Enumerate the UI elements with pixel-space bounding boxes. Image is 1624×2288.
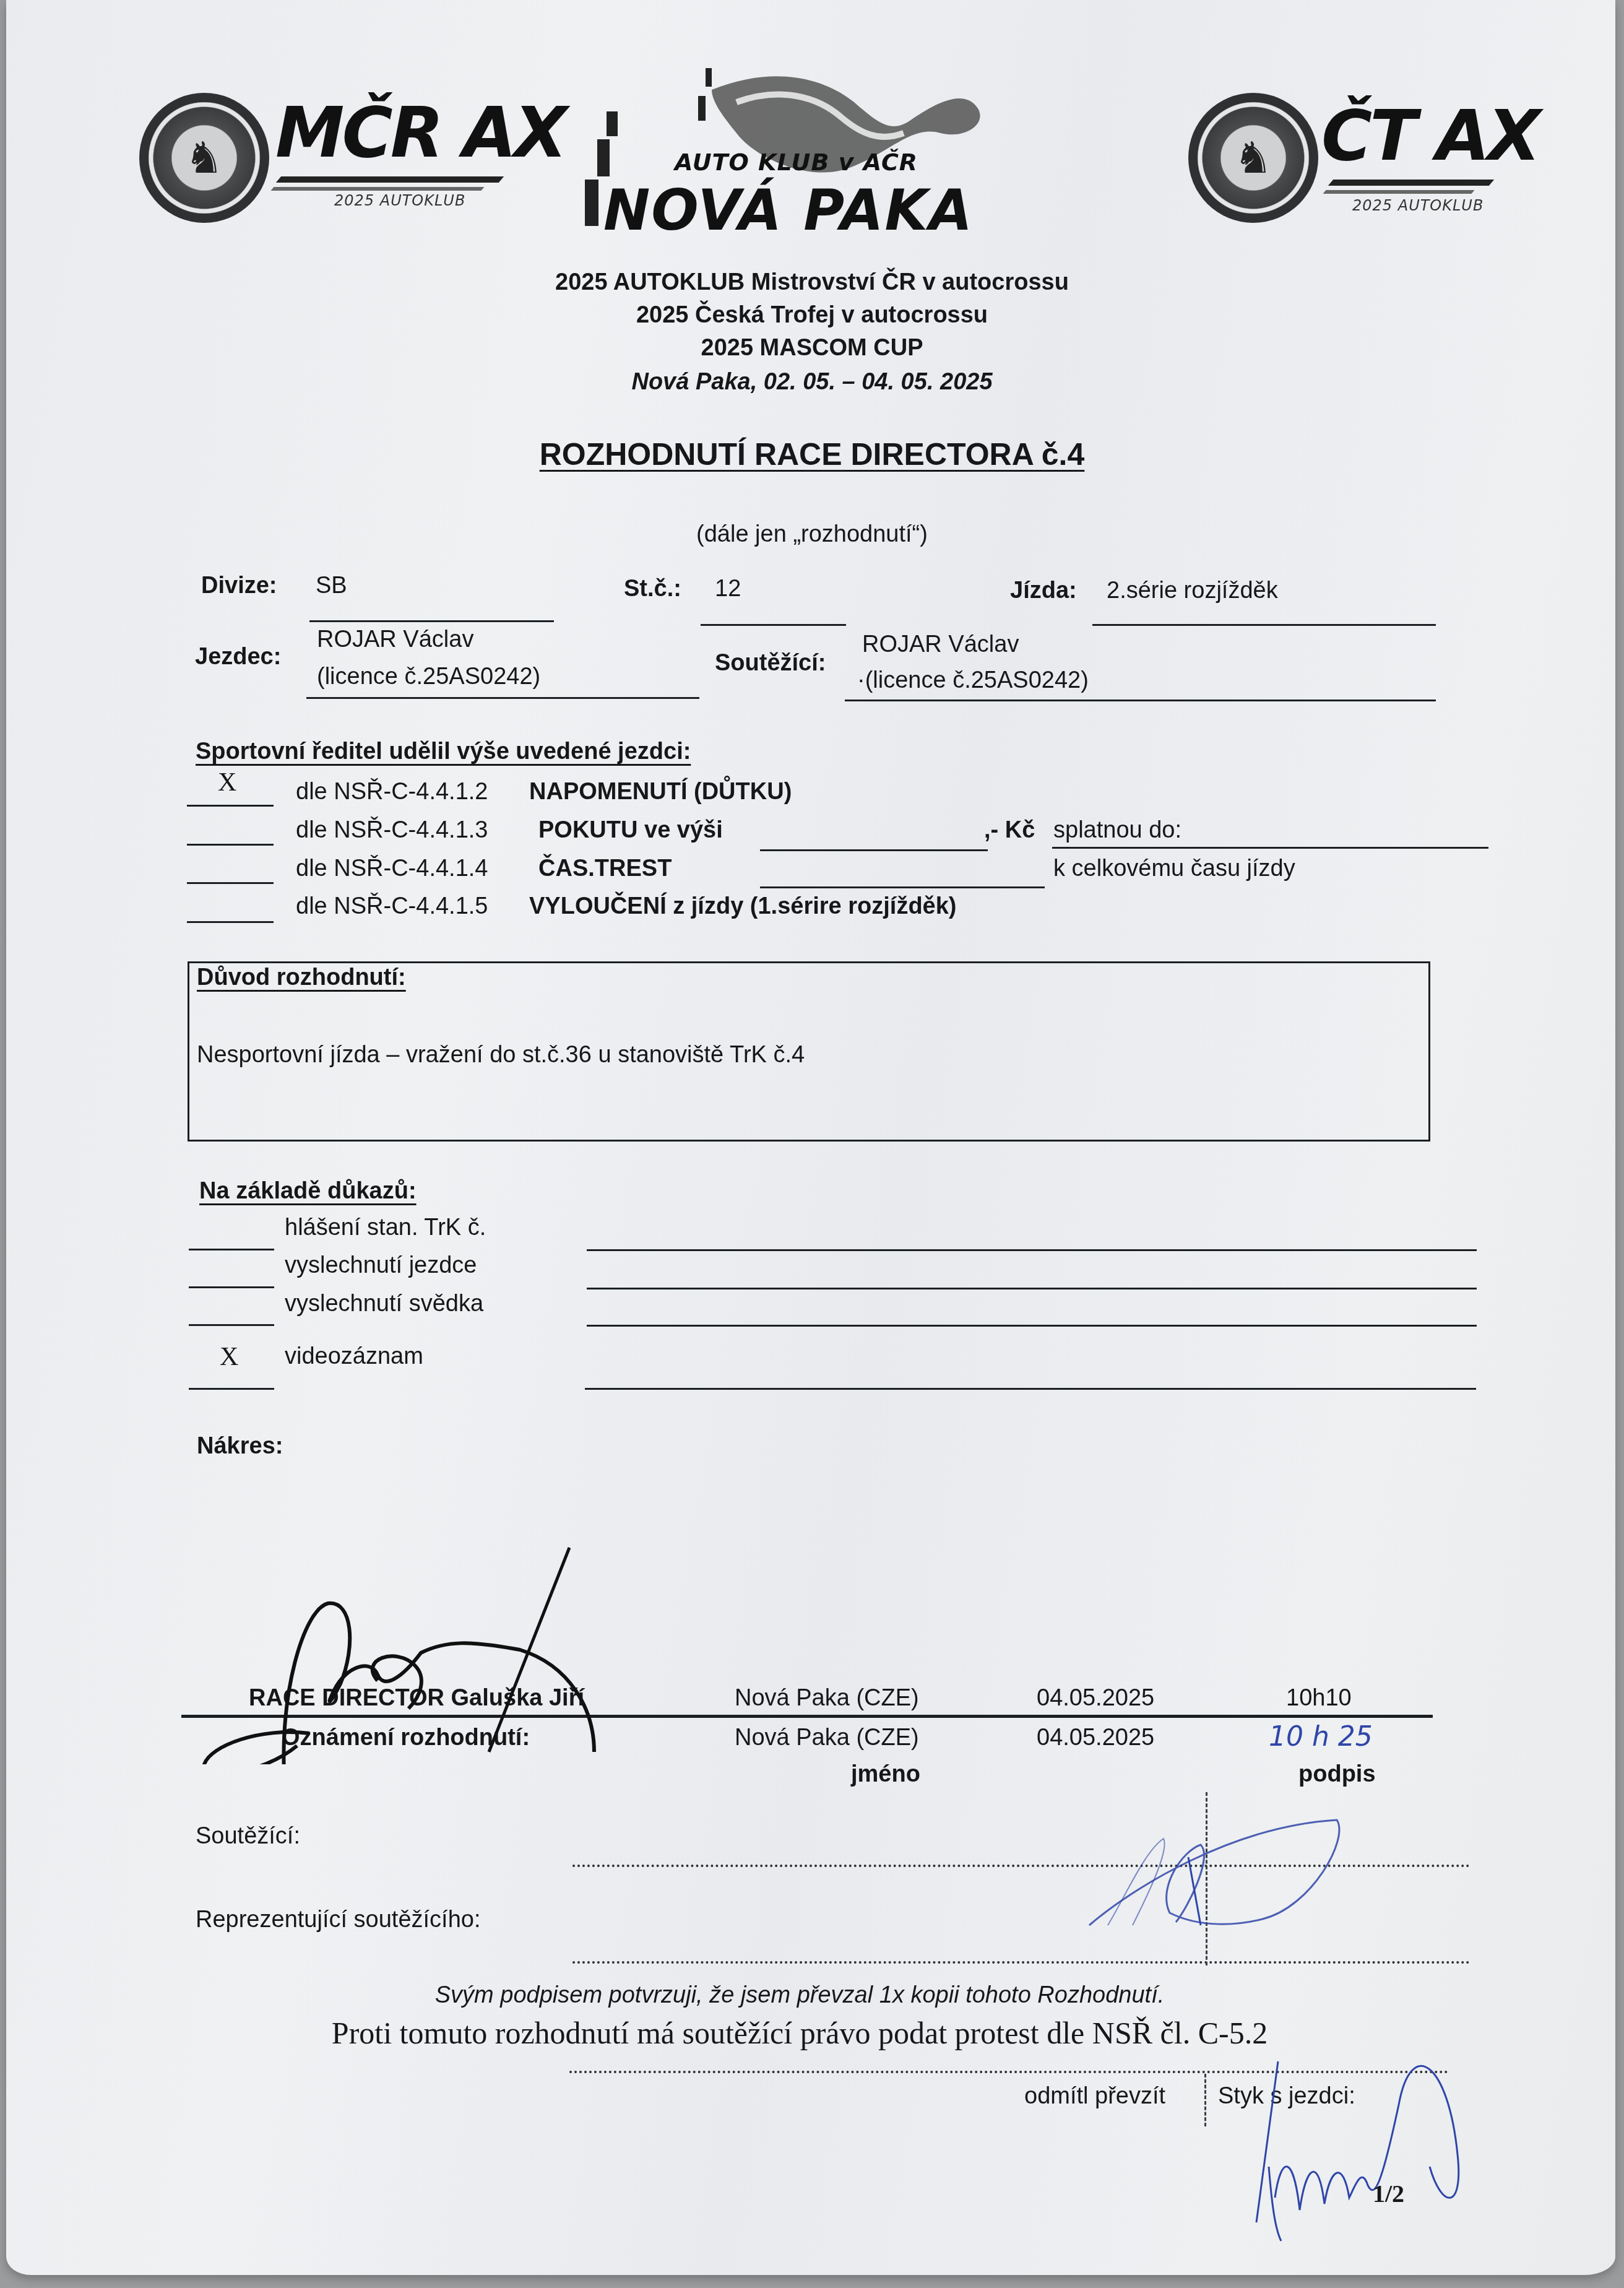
checkbox-underline	[189, 1324, 274, 1326]
header-location-dates: Nová Paka, 02. 05. – 04. 05. 2025	[0, 369, 1624, 396]
race-director-time: 10h10	[1286, 1685, 1352, 1712]
checkbox-underline	[187, 805, 274, 807]
reason-heading: Důvod rozhodnutí:	[197, 964, 406, 991]
competitor-label: Soutěžící:	[715, 650, 826, 677]
refused-label[interactable]: odmítl převzít	[1024, 2083, 1165, 2110]
divize-label: Divize:	[201, 573, 277, 599]
logo-swoosh	[1328, 180, 1494, 186]
time-penalty-field[interactable]	[760, 886, 1045, 888]
race-director-date: 04.05.2025	[1037, 1685, 1154, 1712]
heat-underline	[1092, 624, 1436, 626]
checkbox-underline	[187, 882, 274, 884]
competitor-underline	[845, 700, 1436, 701]
driver-underline	[306, 697, 699, 699]
evidence-label: vyslechnutí jezdce	[285, 1252, 477, 1279]
fine-due-label: splatnou do:	[1053, 817, 1181, 844]
driver-label: Jezdec:	[195, 644, 281, 670]
penalty-label: NAPOMENUTÍ (DŮTKU)	[529, 779, 792, 805]
divize-field[interactable]: SB	[316, 573, 347, 599]
penalty-label: ČAS.TREST	[538, 856, 672, 882]
reason-text[interactable]: Nesportovní jízda – vražení do st.č.36 u…	[197, 1042, 805, 1068]
divize-underline	[309, 620, 554, 622]
competitor-signature	[1077, 1814, 1355, 1950]
penalty-rule: dle NSŘ-C-4.4.1.2	[296, 779, 488, 805]
driver-name-field[interactable]: ROJAR Václav	[317, 626, 473, 653]
penalty-checkbox-warning[interactable]: X	[218, 768, 236, 797]
checkbox-underline	[189, 1286, 274, 1288]
column-name-label: jméno	[851, 1761, 920, 1788]
time-penalty-suffix: k celkovému času jízdy	[1053, 856, 1295, 882]
evidence-heading: Na základě důkazů:	[199, 1178, 417, 1205]
start-number-field[interactable]: 12	[715, 576, 741, 602]
race-director-signature	[186, 1541, 712, 1764]
competitor-licence: ·(licence č.25AS0242)	[857, 667, 1089, 694]
representative-signature-label: Reprezentující soutěžícího:	[196, 1907, 480, 1933]
logo-swoosh	[270, 187, 484, 191]
column-signature-label: podpis	[1298, 1761, 1376, 1788]
checkbox-underline	[187, 844, 274, 846]
heat-field[interactable]: 2.série rozjížděk	[1107, 578, 1278, 604]
header-cup: 2025 MASCOM CUP	[0, 335, 1624, 362]
race-director-place: Nová Paka (CZE)	[735, 1685, 919, 1712]
evidence-detail-field[interactable]	[587, 1288, 1477, 1289]
penalty-rule: dle NSŘ-C-4.4.1.5	[296, 893, 488, 920]
penalty-label: VYLOUČENÍ z jízdy (1.sérire rozjížděk)	[529, 893, 957, 920]
confirmation-note: Svým podpisem potvrzuji, že jsem převzal…	[0, 1982, 1612, 2009]
evidence-label: vyslechnutí svědka	[285, 1291, 483, 1317]
logo-nova-paka-line1: AUTO KLUB v AČR	[675, 149, 918, 176]
evidence-label: videozáznam	[285, 1343, 423, 1370]
evidence-label: hlášení stan. TrK č.	[285, 1215, 486, 1241]
evidence-detail-field[interactable]	[585, 1388, 1476, 1390]
notice-place: Nová Paka (CZE)	[735, 1725, 919, 1751]
page-number: 1/2	[1373, 2179, 1404, 2208]
logo-ct-ax-title: ČT AX	[1321, 96, 1539, 176]
drawing-label: Nákres:	[197, 1433, 283, 1460]
fine-due-field[interactable]	[1052, 847, 1488, 849]
heat-label: Jízda:	[1010, 578, 1077, 604]
checkbox-underline	[187, 921, 274, 923]
header-trophy: 2025 Česká Trofej v autocrossu	[0, 302, 1624, 329]
penalty-label: POKUTU ve výši	[538, 817, 723, 844]
checkbox-underline	[189, 1388, 274, 1390]
penalty-rule: dle NSŘ-C-4.4.1.4	[296, 856, 488, 882]
fine-amount-field[interactable]	[760, 849, 988, 851]
fine-currency: ,- Kč	[984, 817, 1035, 844]
refusal-divider	[1204, 2074, 1206, 2126]
penalty-rule: dle NSŘ-C-4.4.1.3	[296, 817, 488, 844]
start-number-label: St.č.:	[624, 576, 681, 602]
logo-nova-paka-line2: NOVÁ PAKA	[603, 178, 974, 243]
notice-time-handwritten[interactable]: 10 h 25	[1269, 1721, 1373, 1753]
evidence-detail-field[interactable]	[587, 1325, 1477, 1327]
start-number-underline	[701, 624, 846, 626]
autoklub-cr-emblem-icon: ♞	[1188, 93, 1318, 223]
competitor-name-field[interactable]: ROJAR Václav	[862, 631, 1019, 658]
driver-licence: (licence č.25AS0242)	[317, 664, 540, 690]
logo-swoosh	[1323, 190, 1474, 194]
penalties-heading: Sportovní ředitel udělil výše uvedené je…	[196, 739, 691, 765]
logo-mcr-ax-subtitle: 2025 AUTOKLUB	[334, 192, 465, 209]
page-subtitle: (dále jen „rozhodnutí“)	[0, 521, 1624, 548]
logo-ct-ax-subtitle: 2025 AUTOKLUB	[1352, 197, 1484, 214]
autoklub-cr-emblem-icon: ♞	[139, 93, 269, 223]
checkbox-underline	[189, 1249, 274, 1250]
driver-liaison-signature	[1244, 2043, 1479, 2247]
logo-swoosh	[276, 176, 504, 183]
logo-mcr-ax-title: MČR AX	[275, 93, 565, 173]
page-title: ROZHODNUTÍ RACE DIRECTORA č.4	[0, 436, 1624, 472]
evidence-checkbox-video[interactable]: X	[220, 1342, 238, 1372]
competitor-signature-label: Soutěžící:	[196, 1823, 300, 1850]
notice-date: 04.05.2025	[1037, 1725, 1154, 1751]
representative-signature-field[interactable]	[572, 1961, 1470, 1964]
header-championship: 2025 AUTOKLUB Mistrovství ČR v autocross…	[0, 269, 1624, 296]
evidence-detail-field[interactable]	[587, 1249, 1477, 1251]
